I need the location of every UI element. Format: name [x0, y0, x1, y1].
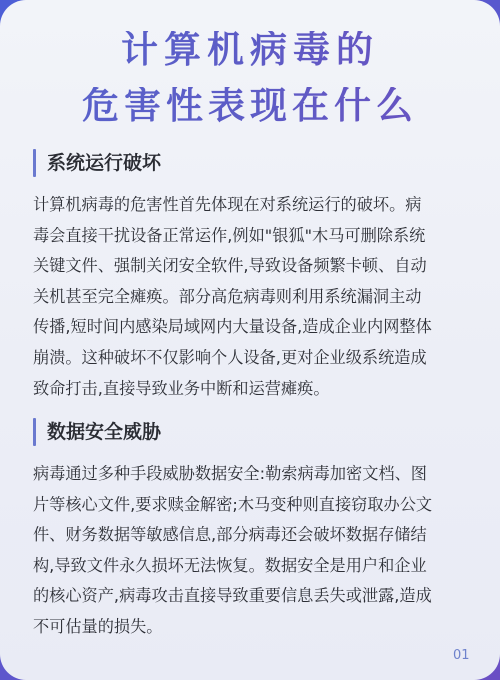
- paragraph-line: 毒会直接干扰设备正常运作,例如"银狐"木马可删除系统: [33, 221, 469, 252]
- page-title-line-2: 危害性表现在什么: [0, 87, 500, 124]
- paragraph-line: 片等核心文件,要求赎金解密;木马变种则直接窃取办公文: [33, 490, 469, 521]
- section-paragraph-data: 病毒通过多种手段威胁数据安全:勒索病毒加密文档、图 片等核心文件,要求赎金解密;…: [33, 459, 469, 643]
- paragraph-line: 的核心资产,病毒攻击直接导致重要信息丢失或泄露,造成: [33, 581, 469, 612]
- paragraph-line: 构,导致文件永久损坏无法恢复。数据安全是用户和企业: [33, 551, 469, 582]
- paragraph-line: 崩溃。这种破坏不仅影响个人设备,更对企业级系统造成: [33, 343, 469, 374]
- accent-bar: [33, 418, 36, 446]
- paragraph-line: 传播,短时间内感染局域网内大量设备,造成企业内网整体: [33, 312, 469, 343]
- page-title-line-1: 计算机病毒的: [0, 31, 500, 68]
- accent-bar: [33, 149, 36, 177]
- paragraph-line: 关机甚至完全瘫痪。部分高危病毒则利用系统漏洞主动: [33, 282, 469, 313]
- paragraph-line: 病毒通过多种手段威胁数据安全:勒索病毒加密文档、图: [33, 459, 469, 490]
- paragraph-line: 件、财务数据等敏感信息,部分病毒还会破坏数据存储结: [33, 520, 469, 551]
- page-number: 01: [453, 648, 470, 663]
- section-heading-system: 系统运行破坏: [33, 149, 161, 177]
- section-paragraph-system: 计算机病毒的危害性首先体现在对系统运行的破坏。病 毒会直接干扰设备正常运作,例如…: [33, 190, 469, 404]
- paragraph-line: 关键文件、强制关闭安全软件,导致设备频繁卡顿、自动: [33, 251, 469, 282]
- paragraph-line: 计算机病毒的危害性首先体现在对系统运行的破坏。病: [33, 190, 469, 221]
- content-card: 计算机病毒的 危害性表现在什么 系统运行破坏 计算机病毒的危害性首先体现在对系统…: [0, 0, 500, 680]
- paragraph-line: 不可估量的损失。: [33, 612, 469, 643]
- paragraph-line: 致命打击,直接导致业务中断和运营瘫痪。: [33, 374, 469, 405]
- section-heading-data: 数据安全威胁: [33, 418, 161, 446]
- section-heading-text: 数据安全威胁: [47, 418, 161, 446]
- section-heading-text: 系统运行破坏: [47, 149, 161, 177]
